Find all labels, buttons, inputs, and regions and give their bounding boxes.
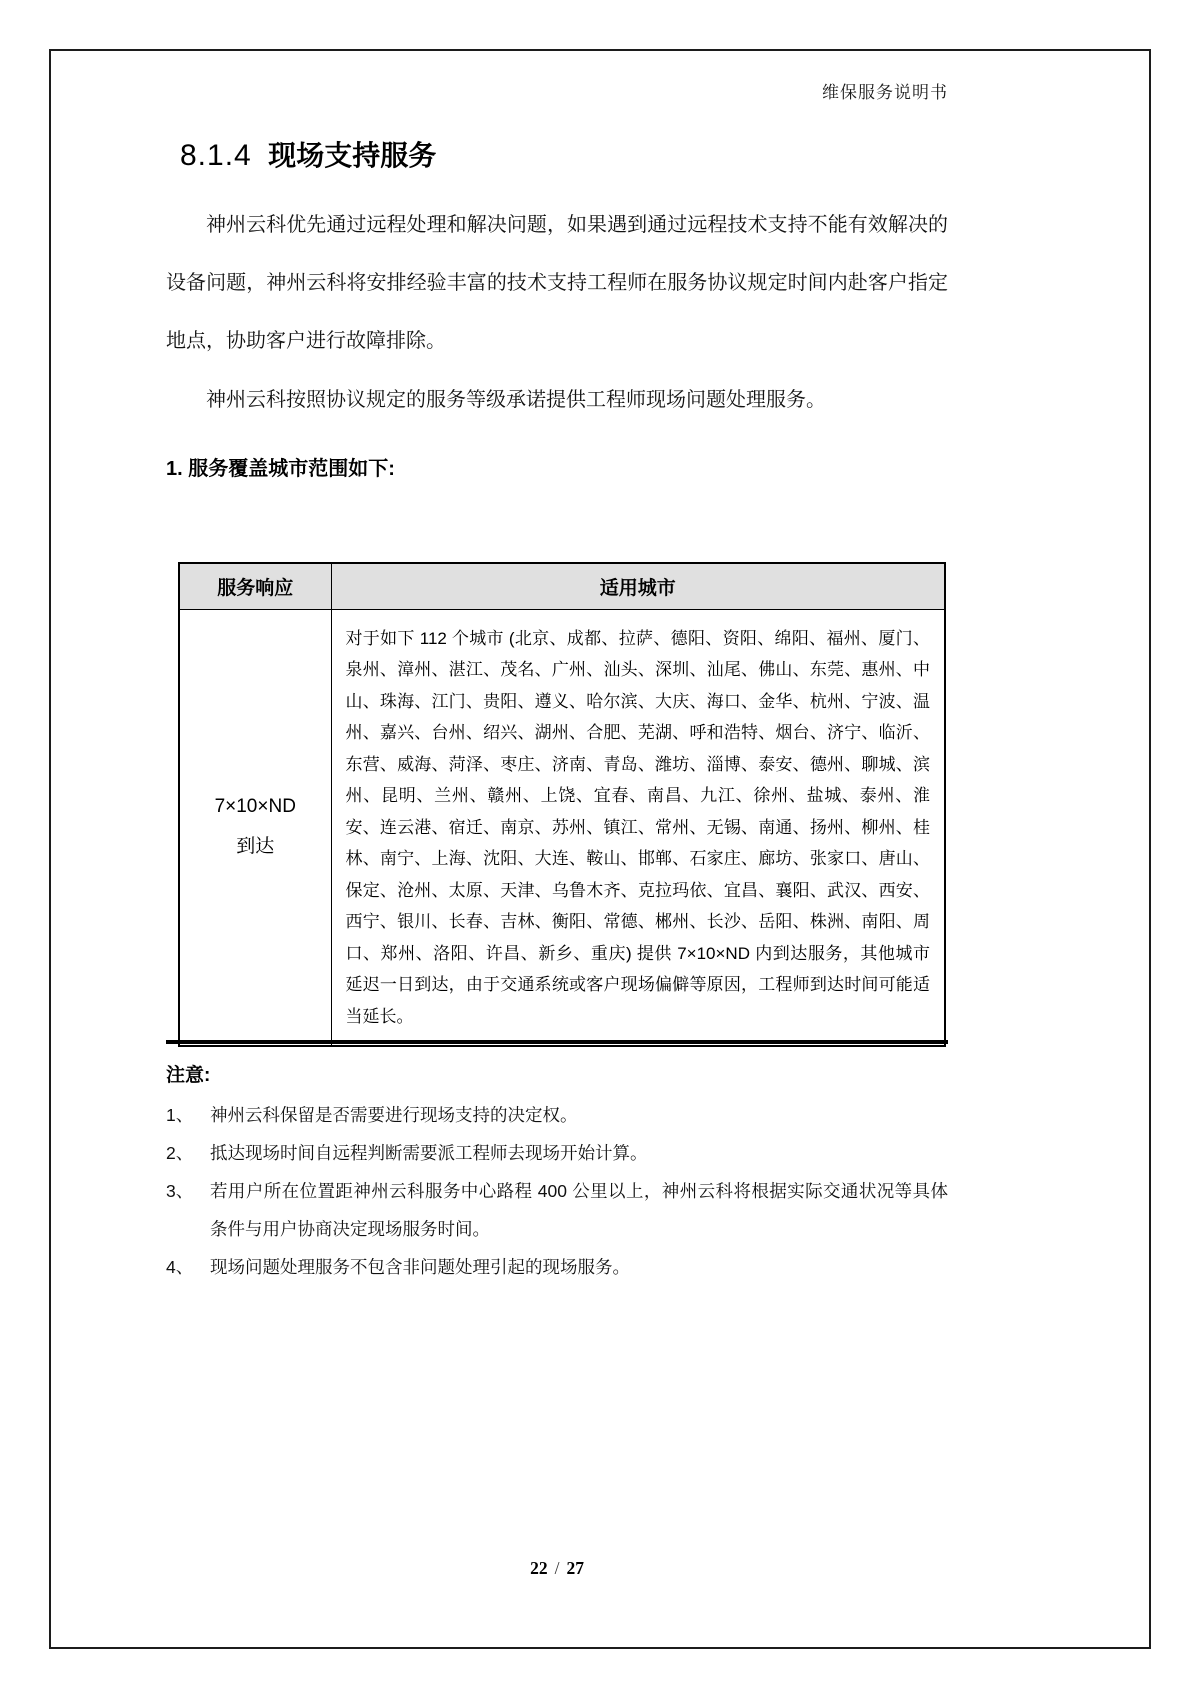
paragraph-commitment: 神州云科按照协议规定的服务等级承诺提供工程师现场问题处理服务。 [166, 371, 948, 429]
note-number: 3、 [166, 1172, 210, 1248]
note-text: 若用户所在位置距神州云科服务中心路程 400 公里以上，神州云科将根据实际交通状… [210, 1172, 948, 1248]
section-heading: 8.1.4 现场支持服务 [180, 134, 436, 174]
note-item: 4、 现场问题处理服务不包含非问题处理引起的现场服务。 [166, 1248, 948, 1286]
note-number: 1、 [166, 1096, 210, 1134]
note-text: 抵达现场时间自远程判断需要派工程师去现场开始计算。 [210, 1134, 948, 1172]
table-header-service-response: 服务响应 [179, 563, 331, 609]
notes-title: 注意: [166, 1060, 210, 1087]
page-footer: 22/27 [166, 1558, 948, 1579]
table-row: 7×10×ND 到达 对于如下 112 个城市 (北京、成都、拉萨、德阳、资阳、… [179, 609, 945, 1046]
note-number: 4、 [166, 1248, 210, 1286]
section-title: 现场支持服务 [268, 140, 436, 171]
response-arrival: 到达 [180, 827, 331, 867]
page-content: 维保服务说明书 8.1.4 现场支持服务 神州云科优先通过远程处理和解决问题，如… [166, 0, 948, 1698]
applicable-cities-cell: 对于如下 112 个城市 (北京、成都、拉萨、德阳、资阳、绵阳、福州、厦门、泉州… [331, 609, 945, 1046]
paragraph-intro: 神州云科优先通过远程处理和解决问题，如果遇到通过远程技术支持不能有效解决的设备问… [166, 196, 948, 370]
document-page: { "header": { "doc_title": "维保服务说明书" }, … [0, 0, 1200, 1698]
page-number-current: 22 [530, 1558, 548, 1578]
notes-list: 1、 神州云科保留是否需要进行现场支持的决定权。 2、 抵达现场时间自远程判断需… [166, 1096, 948, 1286]
service-response-cell: 7×10×ND 到达 [179, 609, 331, 1046]
note-number: 2、 [166, 1134, 210, 1172]
note-item: 1、 神州云科保留是否需要进行现场支持的决定权。 [166, 1096, 948, 1134]
note-text: 现场问题处理服务不包含非问题处理引起的现场服务。 [210, 1248, 948, 1286]
coverage-list-heading: 1. 服务覆盖城市范围如下: [166, 452, 395, 481]
document-header-title: 维保服务说明书 [822, 78, 948, 103]
table-header-applicable-cities: 适用城市 [331, 563, 945, 609]
note-item: 2、 抵达现场时间自远程判断需要派工程师去现场开始计算。 [166, 1134, 948, 1172]
page-number-total: 27 [566, 1558, 584, 1578]
note-item: 3、 若用户所在位置距神州云科服务中心路程 400 公里以上，神州云科将根据实际… [166, 1172, 948, 1248]
response-sla: 7×10×ND [180, 787, 331, 827]
table-header-row: 服务响应 适用城市 [179, 563, 945, 609]
section-number: 8.1.4 [180, 139, 252, 172]
page-number-separator: / [555, 1558, 560, 1578]
service-coverage-table: 服务响应 适用城市 7×10×ND 到达 对于如下 112 个城市 (北京、成都… [178, 562, 946, 1047]
divider-rule [166, 1040, 948, 1044]
note-text: 神州云科保留是否需要进行现场支持的决定权。 [210, 1096, 948, 1134]
